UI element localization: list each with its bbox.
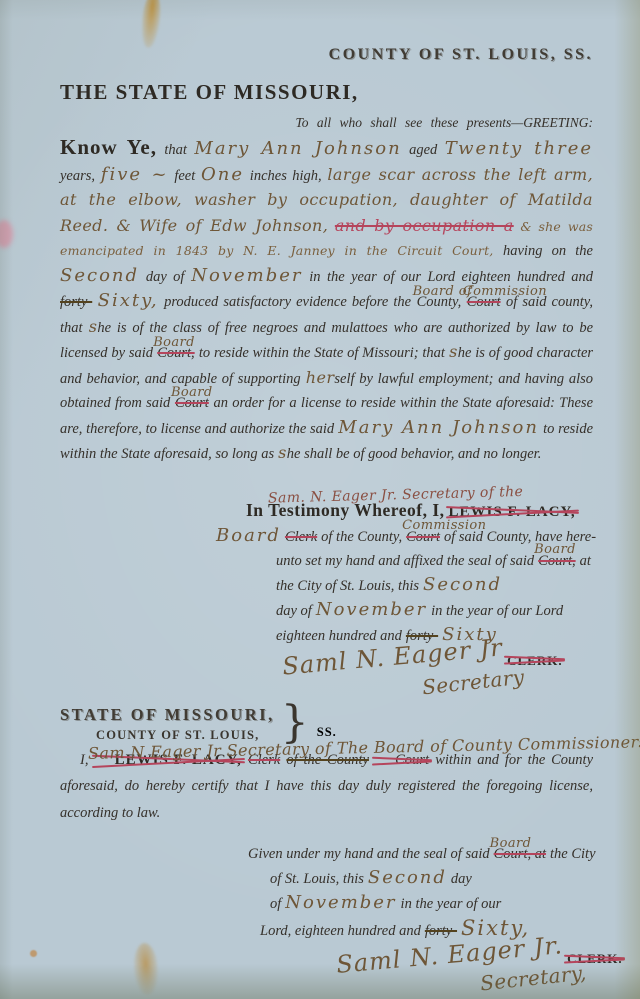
- correction-board-5: BoardCourt, at: [494, 842, 546, 866]
- inserted-commission-2: Commission: [402, 519, 486, 532]
- entry-height-feet: five ~: [101, 164, 169, 185]
- given-line-1: Given under my hand and the seal of said…: [248, 842, 596, 866]
- document-page: COUNTY OF ST. LOUIS, SS. THE STATE OF MI…: [0, 0, 640, 999]
- inserted-board-2: Board: [153, 336, 195, 349]
- struck-forty: forty-: [60, 294, 92, 310]
- entry-month: November: [191, 265, 302, 286]
- testimony-block: Sam. N. Eager Jr. Secretary of the In Te…: [210, 483, 620, 695]
- printed-reside-text: to reside within the State of Missouri; …: [199, 345, 445, 361]
- entry-person-name-2: Mary Ann Johnson: [338, 417, 539, 438]
- inserted-her: her: [306, 368, 335, 387]
- greeting-line: To all who shall see these presents—GREE…: [60, 115, 593, 131]
- testimony-line-4: the City of St. Louis, this Second: [276, 573, 620, 598]
- printed-of-st-louis: of St. Louis, this: [270, 871, 364, 887]
- correction-board-2: BoardCourt,: [157, 341, 194, 366]
- correction-commission: CommissionCourt: [467, 290, 501, 315]
- registration-certificate: STATE OF MISSOURI, COUNTY OF ST. LOUIS, …: [60, 705, 593, 991]
- certificate-header-left: STATE OF MISSOURI, COUNTY OF ST. LOUIS,: [60, 705, 275, 743]
- printed-lord-line: Lord, eighteen hundred and: [260, 923, 421, 939]
- know-ye-heading: Know Ye,: [60, 135, 157, 159]
- correction-board-of: Board ofCounty,: [417, 290, 462, 315]
- county-header: COUNTY OF ST. LOUIS, SS.: [60, 46, 593, 64]
- certificate-header: STATE OF MISSOURI, COUNTY OF ST. LOUIS, …: [60, 705, 593, 743]
- brace-glyph: }: [281, 703, 309, 743]
- inserted-board: Board: [216, 525, 281, 546]
- state-title: THE STATE OF MISSOURI,: [60, 80, 593, 105]
- given-under-block: Given under my hand and the seal of said…: [248, 842, 596, 943]
- printed-closing-text: he shall be of good behavior, and no lon…: [287, 446, 542, 462]
- entry-month-2: November: [316, 599, 427, 620]
- inserted-board-5: Board: [490, 837, 532, 850]
- printed-city-line: the City of St. Louis, this: [276, 578, 419, 594]
- printed-of: of: [270, 896, 281, 912]
- license-body: Know Ye, that Mary Ann Johnson aged Twen…: [60, 135, 593, 467]
- inserted-s-2: s: [449, 342, 458, 361]
- printed-given-under: Given under my hand and the seal of said: [248, 846, 490, 862]
- entry-day-3: Second: [368, 867, 447, 888]
- struck-occupation-phrase: and by occupation a: [335, 216, 514, 235]
- printed-unto-set: unto set my hand and affixed the seal of…: [276, 553, 534, 569]
- struck-forty-3: forty-: [425, 923, 457, 939]
- printed-produced: produced satisfactory evidence before th…: [164, 294, 411, 310]
- entry-age: Twenty three: [445, 138, 593, 159]
- struck-clerk: Clerk: [285, 529, 317, 545]
- handwritten-secretary-2: Secretary,: [479, 960, 588, 995]
- printed-year-line: in the year of our Lord: [431, 603, 563, 619]
- ss-label: SS.: [317, 725, 337, 740]
- entry-month-3: November: [285, 892, 396, 913]
- handwritten-secretary: Secretary: [421, 665, 525, 699]
- correction-board-3: BoardCourt: [175, 391, 209, 416]
- printed-the-city: the City: [550, 846, 596, 862]
- entry-height-inches: One: [201, 164, 244, 185]
- inserted-commission: Commission: [463, 285, 547, 298]
- testimony-line-5: day of November in the year of our Lord: [276, 598, 620, 623]
- testimony-line-3: unto set my hand and affixed the seal of…: [276, 549, 620, 573]
- inserted-board-4: Board: [534, 543, 576, 556]
- entry-day: Second: [60, 265, 139, 286]
- correction-board-4: BoardCourt,: [538, 549, 575, 573]
- printed-inches-high: inches high,: [250, 168, 322, 184]
- inserted-s-3: s: [278, 443, 287, 462]
- entry-person-name: Mary Ann Johnson: [194, 138, 401, 159]
- given-line-3: of November in the year of our: [270, 891, 596, 916]
- secretary-line-1: Secretary: [422, 671, 620, 695]
- printed-day-of: day of: [146, 269, 185, 285]
- document-content: COUNTY OF ST. LOUIS, SS. THE STATE OF MI…: [0, 0, 640, 999]
- printed-that: that: [164, 142, 187, 158]
- printed-eighteen: eighteen hundred and: [276, 628, 402, 644]
- secretary-line-2: Secretary,: [480, 966, 593, 990]
- printed-at: at: [580, 553, 591, 569]
- printed-having-on-the: having on the: [503, 243, 593, 259]
- printed-in-year: in the year of our: [401, 896, 502, 912]
- state-of-missouri-header: STATE OF MISSOURI,: [60, 705, 275, 725]
- entry-sixty: Sixty,: [98, 290, 159, 311]
- printed-of-the-county: of the County,: [321, 529, 402, 545]
- correction-commission-2: CommissionCourt: [406, 525, 440, 549]
- printed-day-word: day: [451, 871, 472, 887]
- given-line-2: of St. Louis, this Second day: [270, 866, 596, 891]
- entry-day-2: Second: [423, 574, 502, 595]
- printed-aged: aged: [409, 142, 437, 158]
- inserted-board-3: Board: [171, 386, 213, 399]
- printed-years: years,: [60, 168, 95, 184]
- printed-feet: feet: [174, 168, 195, 184]
- printed-day-of-2: day of: [276, 603, 312, 619]
- printed-year-phrase: in the year of our Lord eighteen hundred…: [309, 269, 593, 285]
